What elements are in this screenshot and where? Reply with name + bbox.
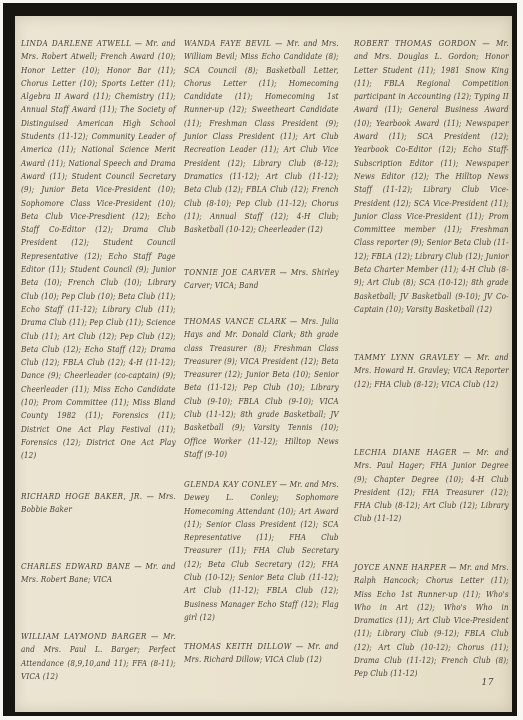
student-activities: Mr. and Mrs. Ralph Hancock; Chorus Lette…: [354, 563, 509, 678]
student-entry-carver: TONNIE JOE CARVER — Mrs. Shirley Carver;…: [184, 266, 339, 293]
student-name: RICHARD HOGE BAKER, JR.: [21, 492, 142, 501]
student-entry-conley: GLENDA KAY CONLEY — Mr. and Mrs. Dewey L…: [184, 478, 339, 624]
yearbook-page: LINDA DARLENE ATWELL — Mr. and Mrs. Robe…: [15, 16, 512, 712]
dash-separator: —: [147, 492, 155, 501]
student-name: LINDA DARLENE ATWELL: [21, 39, 131, 48]
student-name: THOMAS KEITH DILLOW: [184, 642, 292, 651]
student-entry-harper: JOYCE ANNE HARPER — Mr. and Mrs. Ralph H…: [354, 561, 509, 681]
student-name: ROBERT THOMAS GORDON: [354, 39, 476, 48]
student-entry-bane: CHARLES EDWARD BANE — Mr. and Mrs. Rober…: [21, 560, 176, 587]
student-activities: Mr. and Mrs. William Bevil; Miss Echo Ca…: [184, 39, 339, 234]
student-entry-atwell: LINDA DARLENE ATWELL — Mr. and Mrs. Robe…: [21, 37, 176, 463]
student-entry-barger: WILLIAM LAYMOND BARGER — Mr. and Mrs. Pa…: [21, 630, 176, 683]
student-activities: Mr. and Mrs. Paul Hager; FHA Junior Degr…: [354, 448, 509, 523]
student-entry-baker: RICHARD HOGE BAKER, JR. — Mrs. Bobbie Ba…: [21, 490, 176, 517]
student-entry-clark: THOMAS VANCE CLARK — Mrs. Julia Hays and…: [184, 315, 339, 461]
student-name: GLENDA KAY CONLEY: [184, 480, 277, 489]
dash-separator: —: [482, 39, 490, 48]
dash-separator: —: [275, 39, 283, 48]
student-name: TONNIE JOE CARVER: [184, 268, 276, 277]
student-name: CHARLES EDWARD BANE: [21, 562, 131, 571]
dash-separator: —: [464, 353, 472, 362]
dash-separator: —: [290, 317, 298, 326]
credits-column-2: WANDA FAYE BEVIL — Mr. and Mrs. William …: [184, 37, 339, 697]
dash-separator: —: [463, 448, 471, 457]
student-activities: Mr. and Mrs. Dewey L. Conley; Sophomore …: [184, 480, 339, 622]
dash-separator: —: [296, 642, 304, 651]
student-activities: Mr. and Mrs. Douglas L. Gordon; Honor Le…: [354, 39, 509, 314]
student-activities: Mr. and Mrs. Robert Atwell; French Award…: [21, 39, 176, 460]
student-name: WILLIAM LAYMOND BARGER: [21, 632, 147, 641]
student-name: THOMAS VANCE CLARK: [184, 317, 287, 326]
student-name: WANDA FAYE BEVIL: [184, 39, 271, 48]
page-border-frame: LINDA DARLENE ATWELL — Mr. and Mrs. Robe…: [3, 3, 517, 716]
student-name: LECHIA DIANE HAGER: [354, 448, 457, 457]
student-entry-gordon: ROBERT THOMAS GORDON — Mr. and Mrs. Doug…: [354, 37, 509, 316]
student-entry-dillow: THOMAS KEITH DILLOW — Mr. and Mrs. Richa…: [184, 640, 339, 667]
student-entry-gravley: TAMMY LYNN GRAVLEY — Mr. and Mrs. Howard…: [354, 351, 509, 391]
dash-separator: —: [279, 480, 287, 489]
page-number: 17: [482, 678, 494, 688]
dash-separator: —: [134, 562, 142, 571]
dash-separator: —: [280, 268, 288, 277]
student-activities: Mrs. Julia Hays and Mr. Donald Clark; 8t…: [184, 317, 339, 459]
student-entry-bevil: WANDA FAYE BEVIL — Mr. and Mrs. William …: [184, 37, 339, 236]
dash-separator: —: [135, 39, 143, 48]
dash-separator: —: [449, 563, 457, 572]
credits-column-1: LINDA DARLENE ATWELL — Mr. and Mrs. Robe…: [21, 37, 176, 697]
student-name: TAMMY LYNN GRAVLEY: [354, 353, 459, 362]
dash-separator: —: [151, 632, 159, 641]
student-entry-hager: LECHIA DIANE HAGER — Mr. and Mrs. Paul H…: [354, 446, 509, 526]
credits-column-3: ROBERT THOMAS GORDON — Mr. and Mrs. Doug…: [354, 37, 509, 697]
student-name: JOYCE ANNE HARPER: [354, 563, 447, 572]
